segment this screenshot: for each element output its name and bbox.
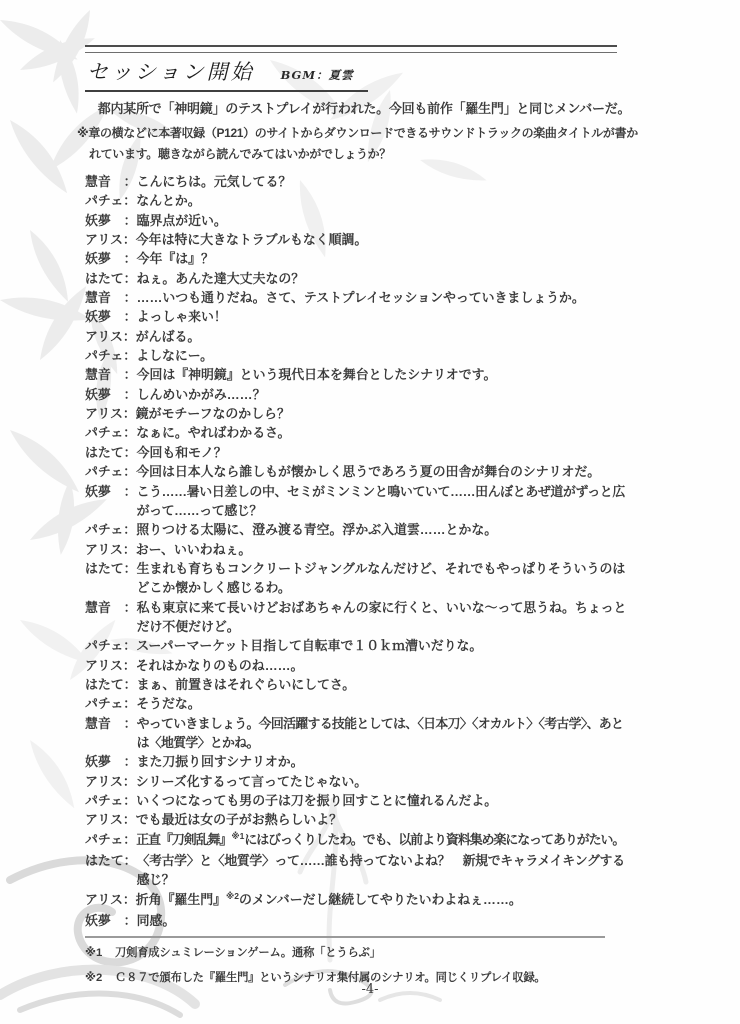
speech-text: そうだな。 bbox=[136, 694, 627, 713]
speaker-name: パチェ： bbox=[85, 636, 136, 655]
speaker-name: 慧音 ： bbox=[85, 598, 137, 637]
speech-text: また刀振り回すシナリオか。 bbox=[137, 752, 627, 771]
dialogue-line: アリス：折角『羅生門』※2のメンバーだし継続してやりたいわよねぇ……。 bbox=[85, 890, 627, 911]
dialogue-line: パチェ：今回は日本人なら誰しもが懐かしく思うであろう夏の田舎が舞台のシナリオだ。 bbox=[85, 462, 627, 481]
dialogue-line: パチェ：そうだな。 bbox=[85, 694, 627, 713]
speech-text: こんにちは。元気してる？ bbox=[137, 172, 627, 191]
speech-segment: のメンバーだし継続してやりたいわよねぇ……。 bbox=[239, 892, 522, 907]
speaker-name: パチェ： bbox=[85, 694, 136, 713]
page-title: セッション開始 bbox=[87, 56, 255, 86]
speaker-name: パチェ： bbox=[85, 423, 136, 442]
speaker-name: パチェ： bbox=[85, 830, 136, 851]
speech-text: シリーズ化するって言ってたじゃない。 bbox=[136, 772, 627, 791]
speech-segment: 折角『羅生門』 bbox=[136, 892, 226, 907]
speech-text: 今回は日本人なら誰しもが懐かしく思うであろう夏の田舎が舞台のシナリオだ。 bbox=[136, 462, 627, 481]
speaker-name: 慧音 ： bbox=[85, 714, 137, 753]
dialogue-line: パチェ：なぁに。やればわかるさ。 bbox=[85, 423, 627, 442]
dialogue-line: アリス：今年は特に大きなトラブルもなく順調。 bbox=[85, 230, 627, 249]
intro-note: ※章の横などに本著収録（P121）のサイトからダウンロードできるサウンドトラック… bbox=[77, 123, 645, 164]
dialogue-line: アリス：おー、いいわねぇ。 bbox=[85, 540, 627, 559]
speaker-name: パチェ： bbox=[85, 520, 136, 539]
dialogue-line: 妖夢 ：同感。 bbox=[85, 911, 627, 930]
dialogue-line: はたて：ねぇ。あんた達大丈夫なの？ bbox=[85, 269, 627, 288]
speaker-name: パチェ： bbox=[85, 462, 136, 481]
speech-text: それはかなりのものね……。 bbox=[136, 656, 627, 675]
speech-text: 今年は特に大きなトラブルもなく順調。 bbox=[136, 230, 627, 249]
speaker-name: アリス： bbox=[85, 327, 136, 346]
speech-segment: 正直『刀剣乱舞』 bbox=[136, 832, 231, 847]
dialogue-line: パチェ：よしなにー。 bbox=[85, 346, 627, 365]
dialogue-line: 妖夢 ：こう……暑い日差しの中、セミがミンミンと鳴いていて……田んぼとあぜ道がず… bbox=[85, 482, 627, 521]
footnote-text: 刀剣育成シュミレーションゲーム。通称「とうらぶ」 bbox=[115, 941, 630, 966]
speech-text: いくつになっても男の子は刀を振り回すことに憧れるんだよ。 bbox=[136, 791, 627, 810]
dialogue-line: アリス：それはかなりのものね……。 bbox=[85, 656, 627, 675]
dialogue-line: アリス：でも最近は女の子がお熱らしいよ？ bbox=[85, 810, 627, 829]
dialogue-line: はたて：今回も和モノ？ bbox=[85, 443, 627, 462]
dialogue-list: 慧音 ：こんにちは。元気してる？パチェ：なんとか。妖夢 ：臨界点が近い。アリス：… bbox=[85, 172, 627, 930]
speaker-name: はたて： bbox=[85, 269, 137, 288]
speaker-name: 妖夢 ： bbox=[85, 249, 137, 268]
speaker-name: 妖夢 ： bbox=[85, 211, 137, 230]
intro-lead: 都内某所で「神明鏡」のテストプレイが行われた。今回も前作「羅生門」と同じメンバー… bbox=[85, 99, 631, 119]
dialogue-line: 慧音 ：こんにちは。元気してる？ bbox=[85, 172, 627, 191]
speech-text: なぁに。やればわかるさ。 bbox=[136, 423, 627, 442]
page: セッション開始 BGM：夏雲 都内某所で「神明鏡」のテストプレイが行われた。今回… bbox=[0, 0, 740, 1024]
dialogue-line: パチェ：スーパーマーケット目指して自転車で１０ｋｍ漕いだりな。 bbox=[85, 636, 627, 655]
section-title-bar: セッション開始 BGM：夏雲 bbox=[85, 56, 368, 92]
speaker-name: 妖夢 ： bbox=[85, 307, 137, 326]
speech-text: やっていきましょう。今回活躍する技能としては、〈日本刀〉〈オカルト〉〈考古学〉、… bbox=[137, 714, 627, 753]
dialogue-line: パチェ：いくつになっても男の子は刀を振り回すことに憧れるんだよ。 bbox=[85, 791, 627, 810]
speaker-name: アリス： bbox=[85, 540, 136, 559]
speaker-name: はたて： bbox=[85, 851, 137, 890]
speech-text: 臨界点が近い。 bbox=[137, 211, 627, 230]
top-double-rule bbox=[85, 45, 617, 53]
dialogue-line: 慧音 ：今回は『神明鏡』という現代日本を舞台としたシナリオです。 bbox=[85, 365, 627, 384]
dialogue-line: アリス：がんばる。 bbox=[85, 327, 627, 346]
speech-text: でも最近は女の子がお熱らしいよ？ bbox=[136, 810, 627, 829]
speech-text: おー、いいわねぇ。 bbox=[136, 540, 627, 559]
speech-text: 〈考古学〉と〈地質学〉って……誰も持ってないよね？ 新規でキャラメイキングする感… bbox=[137, 851, 627, 890]
dialogue-line: 慧音 ：私も東京に来て長いけどおばあちゃんの家に行くと、いいな～って思うね。ちょ… bbox=[85, 598, 627, 637]
speaker-name: 妖夢 ： bbox=[85, 385, 137, 404]
speech-text: ……いつも通りだね。さて、テストプレイセッションやっていきましょうか。 bbox=[137, 288, 627, 307]
speaker-name: はたて： bbox=[85, 443, 137, 462]
speech-text: しんめいかがみ……？ bbox=[137, 385, 627, 404]
speech-text: 鏡がモチーフなのかしら？ bbox=[136, 404, 627, 423]
footnote-item: ※1刀剣育成シュミレーションゲーム。通称「とうらぶ」 bbox=[85, 941, 630, 966]
dialogue-line: はたて：〈考古学〉と〈地質学〉って……誰も持ってないよね？ 新規でキャラメイキン… bbox=[85, 851, 627, 890]
dialogue-line: 妖夢 ：今年『は』？ bbox=[85, 249, 627, 268]
speaker-name: 慧音 ： bbox=[85, 172, 137, 191]
speaker-name: 妖夢 ： bbox=[85, 752, 137, 771]
footnote-ref: ※2 bbox=[226, 891, 239, 901]
speech-text: 正直『刀剣乱舞』※1にはびっくりしたわ。でも、以前より資料集め楽になってありがた… bbox=[136, 830, 627, 851]
speaker-name: アリス： bbox=[85, 772, 136, 791]
speaker-name: アリス： bbox=[85, 404, 136, 423]
dialogue-line: パチェ：照りつける太陽に、澄み渡る青空。浮かぶ入道雲……とかな。 bbox=[85, 520, 627, 539]
footnote-divider bbox=[85, 936, 605, 938]
speech-text: 照りつける太陽に、澄み渡る青空。浮かぶ入道雲……とかな。 bbox=[136, 520, 627, 539]
dialogue-line: はたて：生まれも育ちもコンクリートジャングルなんだけど、それでもやっぱりそういう… bbox=[85, 559, 627, 598]
page-number: -4- bbox=[0, 982, 740, 997]
speaker-name: 慧音 ： bbox=[85, 365, 137, 384]
speaker-name: アリス： bbox=[85, 656, 136, 675]
speaker-name: パチェ： bbox=[85, 346, 136, 365]
speaker-name: 慧音 ： bbox=[85, 288, 137, 307]
dialogue-line: アリス：シリーズ化するって言ってたじゃない。 bbox=[85, 772, 627, 791]
speech-text: こう……暑い日差しの中、セミがミンミンと鳴いていて……田んぼとあぜ道がずっと広が… bbox=[137, 482, 627, 521]
speech-text: まぁ、前置きはそれぐらいにしてさ。 bbox=[137, 675, 627, 694]
bgm-label: BGM：夏雲 bbox=[281, 67, 354, 83]
dialogue-line: パチェ：なんとか。 bbox=[85, 191, 627, 210]
speech-text: 私も東京に来て長いけどおばあちゃんの家に行くと、いいな～って思うね。ちょっとだけ… bbox=[137, 598, 627, 637]
footnote-mark: ※1 bbox=[85, 941, 115, 966]
dialogue-line: 妖夢 ：また刀振り回すシナリオか。 bbox=[85, 752, 627, 771]
speaker-name: 妖夢 ： bbox=[85, 911, 137, 930]
speech-text: 生まれも育ちもコンクリートジャングルなんだけど、それでもやっぱりそういうのはどこ… bbox=[137, 559, 627, 598]
footnote-ref: ※1 bbox=[231, 831, 244, 841]
speech-text: スーパーマーケット目指して自転車で１０ｋｍ漕いだりな。 bbox=[136, 636, 627, 655]
speech-text: なんとか。 bbox=[136, 191, 627, 210]
speaker-name: パチェ： bbox=[85, 791, 136, 810]
speaker-name: アリス： bbox=[85, 810, 136, 829]
dialogue-line: 慧音 ：やっていきましょう。今回活躍する技能としては、〈日本刀〉〈オカルト〉〈考… bbox=[85, 714, 627, 753]
speech-segment: にはびっくりしたわ。でも、以前より資料集め楽になってありがたい。 bbox=[244, 832, 624, 847]
speech-text: よしなにー。 bbox=[136, 346, 627, 365]
dialogue-line: 妖夢 ：よっしゃ来い！ bbox=[85, 307, 627, 326]
speech-text: 同感。 bbox=[137, 911, 627, 930]
speaker-name: はたて： bbox=[85, 559, 137, 598]
speech-text: 今年『は』？ bbox=[137, 249, 627, 268]
speaker-name: パチェ： bbox=[85, 191, 136, 210]
dialogue-line: はたて：まぁ、前置きはそれぐらいにしてさ。 bbox=[85, 675, 627, 694]
speech-text: ねぇ。あんた達大丈夫なの？ bbox=[137, 269, 627, 288]
speech-text: 折角『羅生門』※2のメンバーだし継続してやりたいわよねぇ……。 bbox=[136, 890, 627, 911]
dialogue-line: パチェ：正直『刀剣乱舞』※1にはびっくりしたわ。でも、以前より資料集め楽になって… bbox=[85, 830, 627, 851]
dialogue-line: 妖夢 ：しんめいかがみ……？ bbox=[85, 385, 627, 404]
speech-text: がんばる。 bbox=[136, 327, 627, 346]
dialogue-line: 慧音 ：……いつも通りだね。さて、テストプレイセッションやっていきましょうか。 bbox=[85, 288, 627, 307]
speech-text: 今回も和モノ？ bbox=[137, 443, 627, 462]
speech-text: 今回は『神明鏡』という現代日本を舞台としたシナリオです。 bbox=[137, 365, 627, 384]
speech-text: よっしゃ来い！ bbox=[137, 307, 627, 326]
speaker-name: はたて： bbox=[85, 675, 137, 694]
dialogue-line: アリス：鏡がモチーフなのかしら？ bbox=[85, 404, 627, 423]
speaker-name: 妖夢 ： bbox=[85, 482, 137, 521]
speaker-name: アリス： bbox=[85, 890, 136, 911]
dialogue-line: 妖夢 ：臨界点が近い。 bbox=[85, 211, 627, 230]
speaker-name: アリス： bbox=[85, 230, 136, 249]
